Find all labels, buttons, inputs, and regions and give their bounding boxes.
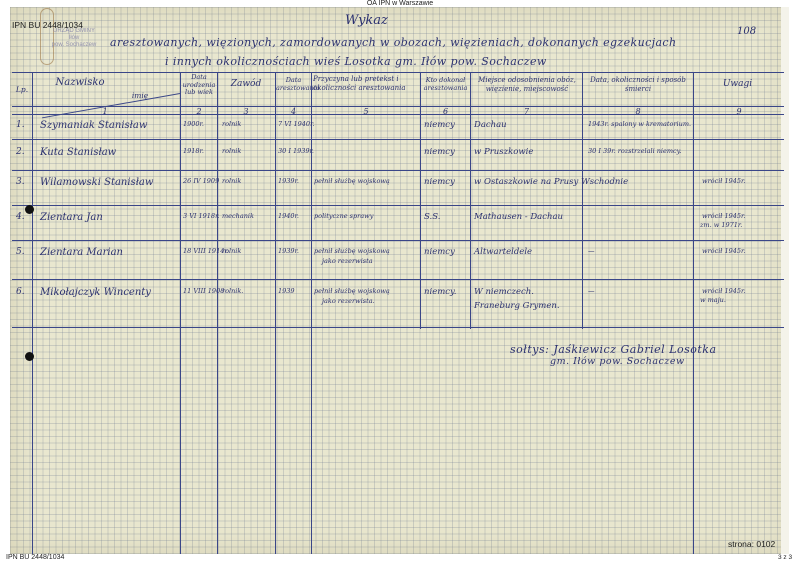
cell-occupation: rolnik (222, 177, 241, 185)
cell-death: — (588, 287, 595, 295)
cell-arrest-date: 1939 (278, 287, 295, 295)
cell-name: Mikołajczyk Wincenty (40, 287, 151, 298)
cell-name: Wilamowski Stanisław (40, 177, 153, 188)
cell-birth: 11 VIII 1908 (183, 287, 224, 295)
cell-name: Szymaniak Stanisław (40, 120, 147, 131)
cell-occupation: mechanik (222, 212, 254, 220)
cell-lp: 5. (16, 247, 25, 257)
cell-notes2: w maju. (700, 296, 726, 304)
column-number-8: 8 (583, 107, 693, 116)
cell-place: Altwarteldele (474, 247, 532, 257)
cell-occupation: rolnik (222, 120, 241, 128)
cell-reason: pełnił służbę wojskową (314, 177, 390, 185)
header-occupation: Zawód (219, 80, 273, 89)
cell-place: Dachau (474, 120, 507, 130)
cell-arrested-by: niemcy (424, 120, 455, 130)
cell-reason2: jako rezerwista. (322, 297, 375, 305)
cell-name: Kuta Stanisław (40, 147, 116, 158)
cell-place: W niemczech. (474, 287, 534, 297)
column-number-6: 6 (421, 107, 470, 116)
footer-signature-ref: IPN BU 2448/1034 (6, 554, 64, 561)
office-stamp: URZĄD GMINY Iłów pow. Sochaczew (38, 28, 110, 49)
signature-line-2: gm. Iłów pow. Sochaczew (550, 356, 685, 367)
cell-arrest-date: 7 VI 1940r. (278, 120, 315, 128)
page-label: strona: 0102 (728, 539, 775, 549)
cell-reason: pełnił służbę wojskową (314, 247, 390, 255)
cell-notes: wrócił 1945r. (702, 212, 745, 220)
header-arrest-date: Data aresztowania (276, 76, 311, 92)
cell-birth: 26 IV 1909 (183, 177, 219, 185)
document-title: Wykaz (345, 13, 388, 28)
cell-arrested-by: niemcy. (424, 287, 456, 297)
stamp-line-2: Iłów (38, 35, 110, 42)
header-birth: Data urodzenia lub wiek (181, 74, 217, 97)
cell-lp: 1. (16, 120, 25, 130)
cell-reason: pełnił służbę wojskową (314, 287, 390, 295)
column-number-4: 4 (276, 107, 311, 116)
cell-birth: 3 VI 1918r. (183, 212, 220, 220)
cell-lp: 4. (16, 212, 25, 222)
paper-edge (781, 7, 789, 554)
column-number-7: 7 (471, 107, 582, 116)
signature-line-1: sołtys: Jaśkiewicz Gabriel Losotka (510, 343, 717, 356)
cell-occupation: rolnik. (222, 287, 243, 295)
header-lp: Lp. (13, 86, 31, 95)
cell-name: Zientara Marian (40, 247, 123, 258)
header-death: Data, okoliczności i sposób śmierci (585, 76, 691, 93)
punch-hole-top (25, 205, 34, 214)
cell-reason2: jako rezerwista (322, 257, 373, 265)
cell-reason: polityczne sprawy (314, 212, 373, 220)
cell-arrest-date: 1939r. (278, 247, 299, 255)
cell-arrest-date: 30 I 1939r. (278, 147, 314, 155)
cell-notes2: zm. w 1971r. (700, 221, 742, 229)
cell-notes: wrócił 1945r. (702, 247, 745, 255)
cell-arrest-date: 1940r. (278, 212, 299, 220)
stamp-line-3: pow. Sochaczew (38, 42, 110, 49)
document-subtitle-line-2: i innych okolicznościach wieś Losotka gm… (165, 55, 547, 68)
cell-death: 30 I 39r. rozstrzelali niemcy. (588, 147, 682, 155)
header-name: Nazwisko (50, 79, 110, 88)
header-arrested-by: Kto dokonał aresztowania (421, 76, 470, 92)
cell-arrested-by: niemcy (424, 177, 455, 187)
header-reason: Przyczyna lub pretekst i okoliczności ar… (313, 75, 418, 92)
cell-lp: 2. (16, 147, 25, 157)
cell-arrest-date: 1939r. (278, 177, 299, 185)
header-place: Miejsce odosobnienia obóz, więzienie, mi… (472, 76, 582, 93)
cell-arrested-by: S.S. (424, 212, 440, 222)
cell-lp: 3. (16, 177, 25, 187)
header-first-name: imię (120, 92, 160, 101)
folio-number: 108 (737, 26, 756, 37)
column-number-2: 2 (181, 107, 217, 116)
cell-place: w Pruszkowie (474, 147, 533, 157)
column-number-3: 3 (218, 107, 274, 116)
column-number-1: 1 (90, 107, 120, 116)
cell-birth: 1918r. (183, 147, 204, 155)
cell-death: 1943r. spalony w krematorium. (588, 120, 691, 128)
cell-birth: 1900r. (183, 120, 204, 128)
document-subtitle-line-1: aresztowanych, więzionych, zamordowanych… (110, 36, 676, 49)
cell-lp: 6. (16, 287, 25, 297)
footer-page-count: 3 z 3 (778, 554, 792, 561)
column-number-5: 5 (312, 107, 420, 116)
stamp-line-1: URZĄD GMINY (38, 28, 110, 35)
cell-death: — (588, 247, 595, 255)
cell-notes: wrócił 1945r. (702, 177, 745, 185)
cell-place2: Franeburg Grymen. (474, 301, 560, 311)
cell-place: Mathausen - Dachau (474, 212, 563, 222)
cell-name: Zientara Jan (40, 212, 103, 223)
column-number-9: 9 (694, 107, 784, 116)
punch-hole-bottom (25, 352, 34, 361)
header-notes: Uwagi (695, 80, 780, 89)
cell-arrested-by: niemcy (424, 147, 455, 157)
cell-place: w Ostaszkowie na Prusy Wschodnie (474, 177, 628, 187)
cell-notes: wrócił 1945r. (702, 287, 745, 295)
cell-arrested-by: niemcy (424, 247, 455, 257)
cell-occupation: rolnik (222, 147, 241, 155)
cell-occupation: rolnik (222, 247, 241, 255)
